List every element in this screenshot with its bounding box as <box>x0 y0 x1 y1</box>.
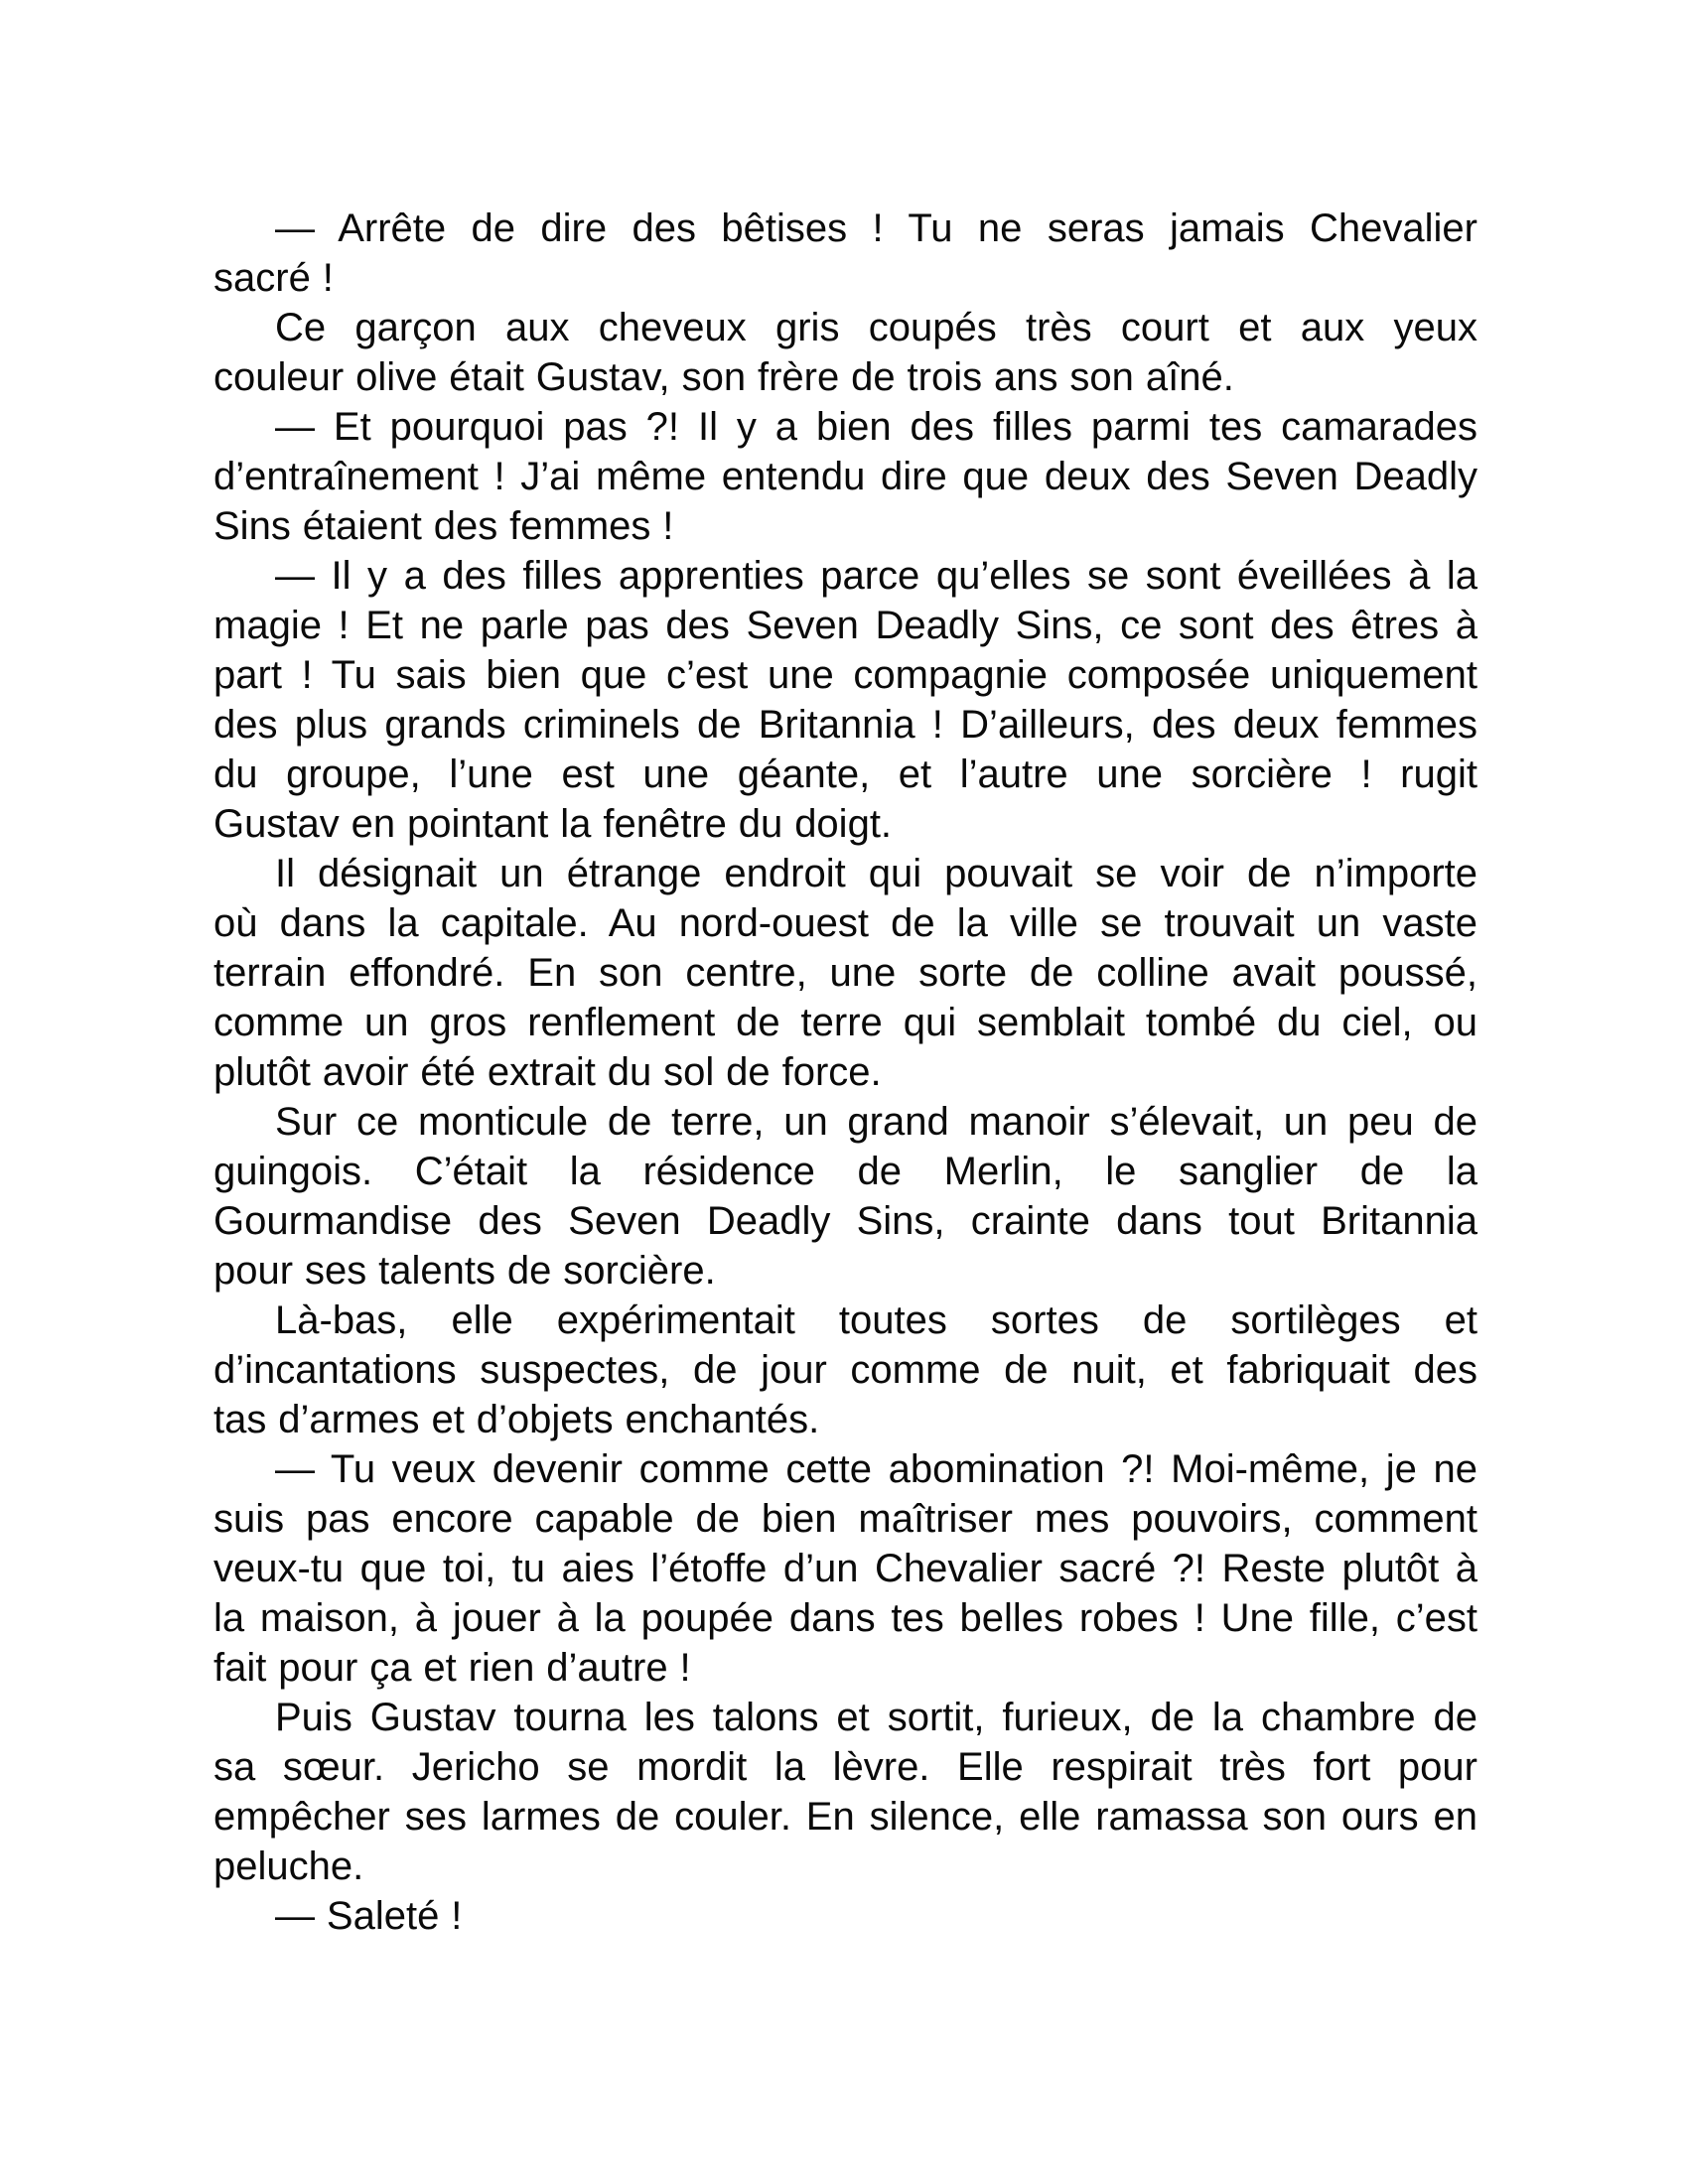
paragraph: — Et pourquoi pas ?! Il y a bien des fil… <box>213 402 1477 551</box>
text-line: plutôt avoir été extrait du sol de force… <box>213 1047 1477 1097</box>
text-line: — Il y a des filles apprenties parce qu’… <box>213 551 1477 601</box>
text-line: suis pas encore capable de bien maîtrise… <box>213 1494 1477 1544</box>
text-line: guingois. C’était la résidence de Merlin… <box>213 1147 1477 1196</box>
text-line: Sur ce monticule de terre, un grand mano… <box>213 1097 1477 1147</box>
text-line: — Et pourquoi pas ?! Il y a bien des fil… <box>213 402 1477 452</box>
text-line: Sins étaient des femmes ! <box>213 501 1477 551</box>
paragraph: Sur ce monticule de terre, un grand mano… <box>213 1097 1477 1296</box>
page-text-block: — Arrête de dire des bêtises ! Tu ne ser… <box>213 204 1477 1941</box>
text-line: où dans la capitale. Au nord-ouest de la… <box>213 898 1477 948</box>
text-line: Gustav en pointant la fenêtre du doigt. <box>213 799 1477 849</box>
book-page: — Arrête de dire des bêtises ! Tu ne ser… <box>0 0 1688 2184</box>
text-line: part ! Tu sais bien que c’est une compag… <box>213 650 1477 700</box>
paragraph: Il désignait un étrange endroit qui pouv… <box>213 849 1477 1097</box>
text-line: comme un gros renflement de terre qui se… <box>213 998 1477 1047</box>
text-line: la maison, à jouer à la poupée dans tes … <box>213 1593 1477 1643</box>
paragraph: — Arrête de dire des bêtises ! Tu ne ser… <box>213 204 1477 303</box>
text-line: Puis Gustav tourna les talons et sortit,… <box>213 1693 1477 1742</box>
text-line: veux-tu que toi, tu aies l’étoffe d’un C… <box>213 1544 1477 1593</box>
text-line: — Tu veux devenir comme cette abominatio… <box>213 1444 1477 1494</box>
text-line: d’incantations suspectes, de jour comme … <box>213 1345 1477 1395</box>
text-line: — Arrête de dire des bêtises ! Tu ne ser… <box>213 204 1477 253</box>
paragraph: Là-bas, elle expérimentait toutes sortes… <box>213 1296 1477 1444</box>
text-line: peluche. <box>213 1842 1477 1891</box>
paragraph: — Saleté ! <box>213 1891 1477 1941</box>
text-line: Gourmandise des Seven Deadly Sins, crain… <box>213 1196 1477 1246</box>
text-line: Là-bas, elle expérimentait toutes sortes… <box>213 1296 1477 1345</box>
text-line: sacré ! <box>213 253 1477 303</box>
text-line: terrain effondré. En son centre, une sor… <box>213 948 1477 998</box>
text-line: Ce garçon aux cheveux gris coupés très c… <box>213 303 1477 352</box>
text-line: — Saleté ! <box>213 1891 1477 1941</box>
text-line: pour ses talents de sorcière. <box>213 1246 1477 1296</box>
paragraph: Puis Gustav tourna les talons et sortit,… <box>213 1693 1477 1891</box>
paragraph: — Tu veux devenir comme cette abominatio… <box>213 1444 1477 1693</box>
text-line: fait pour ça et rien d’autre ! <box>213 1643 1477 1693</box>
text-line: d’entraînement ! J’ai même entendu dire … <box>213 452 1477 501</box>
paragraph: Ce garçon aux cheveux gris coupés très c… <box>213 303 1477 402</box>
paragraph: — Il y a des filles apprenties parce qu’… <box>213 551 1477 849</box>
text-line: sa sœur. Jericho se mordit la lèvre. Ell… <box>213 1742 1477 1792</box>
text-line: couleur olive était Gustav, son frère de… <box>213 352 1477 402</box>
text-line: tas d’armes et d’objets enchantés. <box>213 1395 1477 1444</box>
text-line: du groupe, l’une est une géante, et l’au… <box>213 750 1477 799</box>
text-line: Il désignait un étrange endroit qui pouv… <box>213 849 1477 898</box>
text-line: magie ! Et ne parle pas des Seven Deadly… <box>213 601 1477 650</box>
text-line: des plus grands criminels de Britannia !… <box>213 700 1477 750</box>
text-line: empêcher ses larmes de couler. En silenc… <box>213 1792 1477 1842</box>
